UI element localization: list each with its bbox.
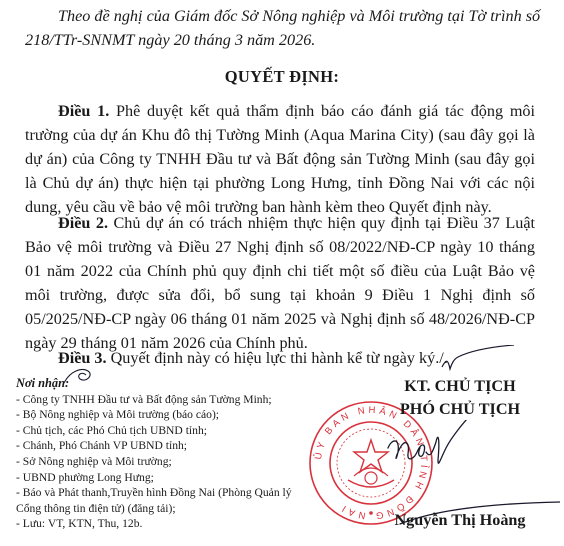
preamble-line-2: 218/TTr-SNNMT ngày 20 tháng 3 năm 2026. xyxy=(25,30,315,50)
signer-name: Nguyễn Thị Hoàng xyxy=(355,511,564,530)
signature-title-1: KT. CHỦ TỊCH xyxy=(355,377,564,396)
recipient-item: - Chánh, Phó Chánh VP UBND tỉnh; xyxy=(16,438,316,454)
recipient-item: - Bộ Nông nghiệp và Môi trường (báo cáo)… xyxy=(16,407,316,423)
preamble-line-1: Theo đề nghị của Giám đốc Sở Nông nghiệp… xyxy=(58,6,540,26)
article-2-text: Chủ dự án có trách nhiệm thực hiện quy đ… xyxy=(25,214,535,352)
article-1-label: Điều 1. xyxy=(58,102,109,120)
recipient-item: Cổng thông tin điện tử) (đăng tải); xyxy=(16,501,316,517)
initial-mark xyxy=(60,365,100,387)
recipients-list: - Công ty TNHH Đầu tư và Bất động sản Tư… xyxy=(16,392,316,532)
recipients-block: Nơi nhận: - Công ty TNHH Đầu tư và Bất đ… xyxy=(16,376,316,532)
article-2: Điều 2. Chủ dự án có trách nhiệm thực hi… xyxy=(25,211,535,356)
recipient-item: - UBND phường Long Hưng; xyxy=(16,470,316,486)
signature-title-2: PHÓ CHỦ TỊCH xyxy=(355,400,564,419)
decision-heading: QUYẾT ĐỊNH: xyxy=(0,67,564,87)
article-2-label: Điều 2. xyxy=(58,214,108,232)
recipient-item: - Công ty TNHH Đầu tư và Bất động sản Tư… xyxy=(16,392,316,408)
recipient-item: - Sở Nông nghiệp và Môi trường; xyxy=(16,454,316,470)
recipient-item: - Chủ tịch, các Phó Chủ tịch UBND tỉnh; xyxy=(16,423,316,439)
article-1: Điều 1. Phê duyệt kết quả thẩm định báo … xyxy=(25,99,535,219)
article-3-text: Quyết định này có hiệu lực thi hành kể t… xyxy=(107,349,448,367)
recipient-item: - Báo và Phát thanh,Truyền hình Đồng Nai… xyxy=(16,485,316,501)
recipient-item: - Lưu: VT, KTN, Thu, 12b. xyxy=(16,516,316,532)
initial-mark xyxy=(440,345,520,371)
